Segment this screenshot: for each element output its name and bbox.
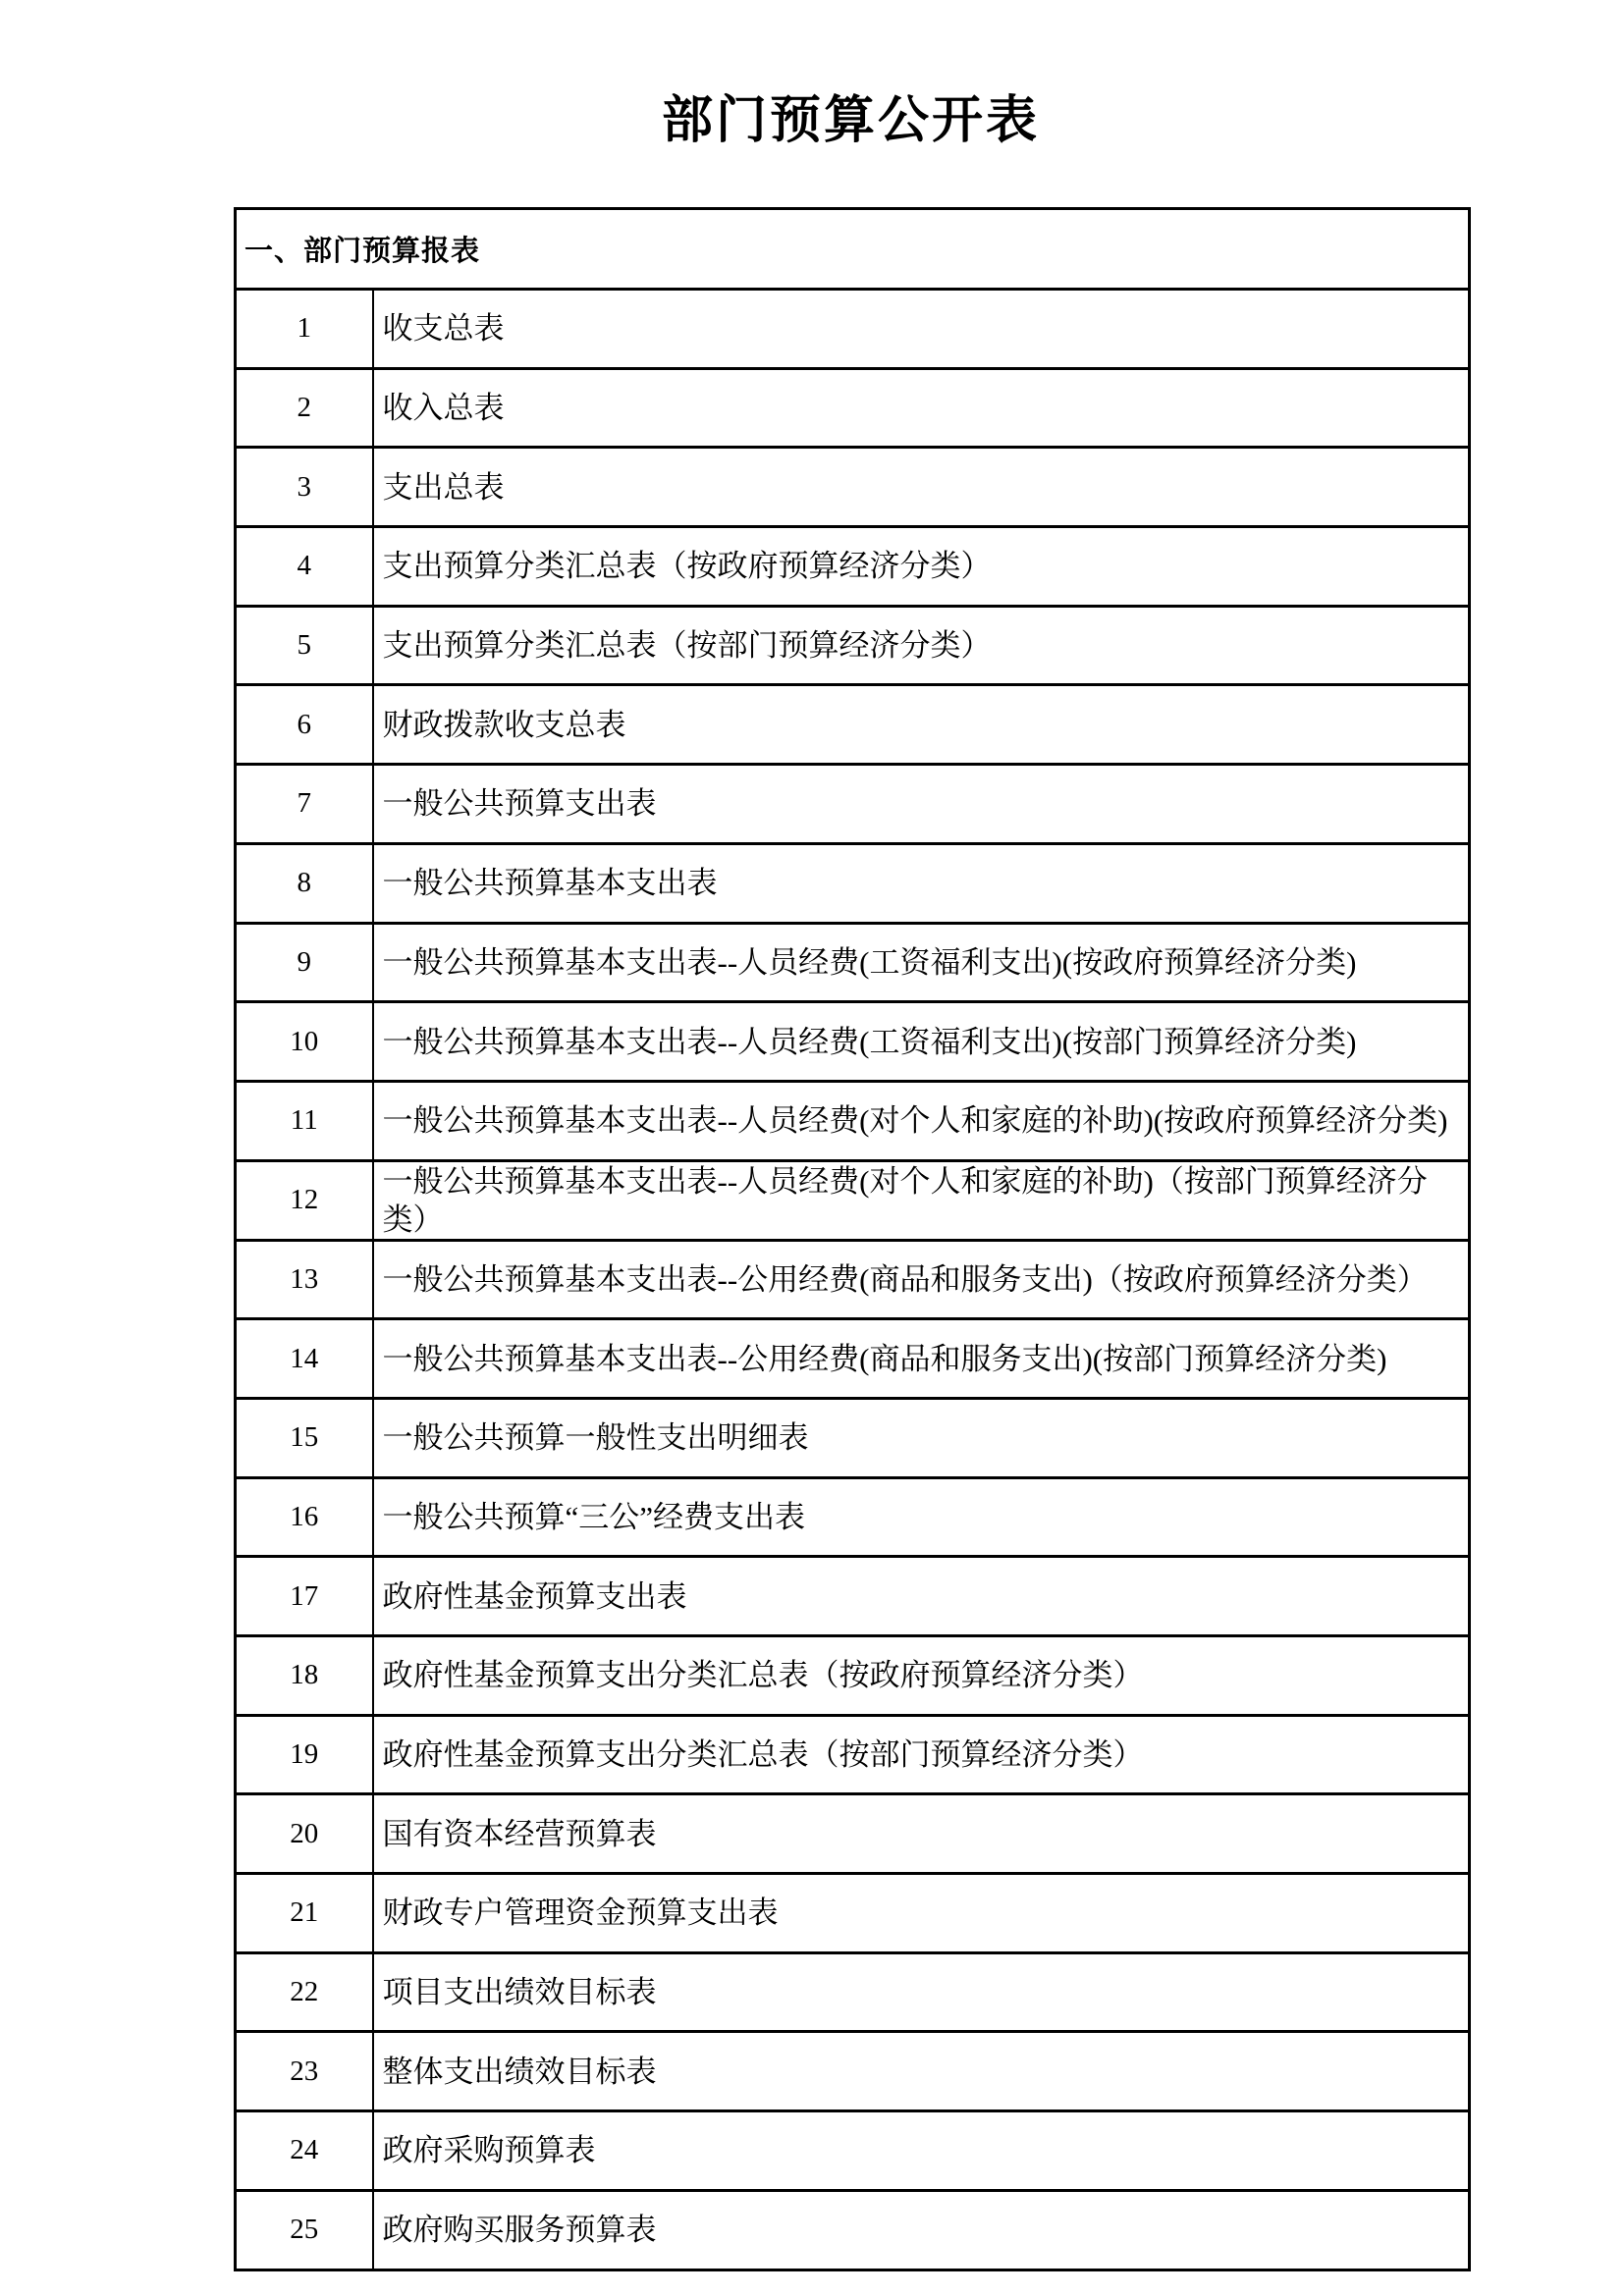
row-title-cell: 支出预算分类汇总表（按政府预算经济分类） [373,527,1470,607]
row-title-cell: 政府购买服务预算表 [373,2190,1470,2269]
table-row: 2 收入总表 [236,368,1470,448]
row-number-cell: 5 [236,606,373,685]
table-row: 18 政府性基金预算支出分类汇总表（按政府预算经济分类） [236,1636,1470,1716]
row-title-cell: 政府采购预算表 [373,2111,1470,2191]
row-title-cell: 支出总表 [373,448,1470,527]
row-title-cell: 一般公共预算基本支出表--人员经费(对个人和家庭的补助)(按政府预算经济分类) [373,1081,1470,1160]
row-title-cell: 财政拨款收支总表 [373,685,1470,765]
table-row: 23 整体支出绩效目标表 [236,2032,1470,2111]
row-title-cell: 一般公共预算“三公”经费支出表 [373,1477,1470,1557]
table-row: 12 一般公共预算基本支出表--人员经费(对个人和家庭的补助)（按部门预算经济分… [236,1160,1470,1240]
row-number-cell: 23 [236,2032,373,2111]
row-number-cell: 4 [236,527,373,607]
row-number-cell: 3 [236,448,373,527]
row-title-cell: 政府性基金预算支出分类汇总表（按部门预算经济分类） [373,1715,1470,1794]
row-number-cell: 25 [236,2190,373,2269]
table-row: 14 一般公共预算基本支出表--公用经费(商品和服务支出)(按部门预算经济分类) [236,1319,1470,1399]
row-number-cell: 21 [236,1874,373,1953]
document-page: { "page": { "title": "部门预算公开表" }, "table… [0,0,1624,2296]
table-row: 6 财政拨款收支总表 [236,685,1470,765]
row-number-cell: 10 [236,1002,373,1082]
table-row: 20 国有资本经营预算表 [236,1794,1470,1874]
table-row: 1 收支总表 [236,290,1470,369]
row-title-cell: 财政专户管理资金预算支出表 [373,1874,1470,1953]
row-title-cell: 一般公共预算基本支出表 [373,843,1470,923]
table-row: 5 支出预算分类汇总表（按部门预算经济分类） [236,606,1470,685]
budget-report-list-table: 一、部门预算报表 1 收支总表 2 收入总表 3 支出总表 4 支出预算分类汇总… [234,207,1471,2271]
table-row: 4 支出预算分类汇总表（按政府预算经济分类） [236,527,1470,607]
section-header-row: 一、部门预算报表 [236,209,1470,290]
row-number-cell: 22 [236,1952,373,2032]
row-number-cell: 24 [236,2111,373,2191]
row-title-cell: 收入总表 [373,368,1470,448]
page-title: 部门预算公开表 [234,91,1468,152]
table-row: 21 财政专户管理资金预算支出表 [236,1874,1470,1953]
row-number-cell: 18 [236,1636,373,1716]
row-title-cell: 一般公共预算一般性支出明细表 [373,1398,1470,1477]
table-row: 8 一般公共预算基本支出表 [236,843,1470,923]
table-body: 1 收支总表 2 收入总表 3 支出总表 4 支出预算分类汇总表（按政府预算经济… [236,290,1470,2270]
row-number-cell: 20 [236,1794,373,1874]
table-row: 11 一般公共预算基本支出表--人员经费(对个人和家庭的补助)(按政府预算经济分… [236,1081,1470,1160]
table-row: 17 政府性基金预算支出表 [236,1557,1470,1636]
row-number-cell: 17 [236,1557,373,1636]
table-row: 16 一般公共预算“三公”经费支出表 [236,1477,1470,1557]
row-number-cell: 9 [236,923,373,1002]
row-number-cell: 6 [236,685,373,765]
table-row: 19 政府性基金预算支出分类汇总表（按部门预算经济分类） [236,1715,1470,1794]
row-number-cell: 15 [236,1398,373,1477]
row-number-cell: 8 [236,843,373,923]
row-number-cell: 14 [236,1319,373,1399]
row-title-cell: 一般公共预算基本支出表--公用经费(商品和服务支出)(按部门预算经济分类) [373,1319,1470,1399]
row-title-cell: 一般公共预算基本支出表--人员经费(对个人和家庭的补助)（按部门预算经济分类） [373,1160,1470,1240]
table-row: 15 一般公共预算一般性支出明细表 [236,1398,1470,1477]
row-title-cell: 一般公共预算基本支出表--公用经费(商品和服务支出)（按政府预算经济分类） [373,1240,1470,1319]
row-title-cell: 政府性基金预算支出分类汇总表（按政府预算经济分类） [373,1636,1470,1716]
row-title-cell: 国有资本经营预算表 [373,1794,1470,1874]
table-row: 24 政府采购预算表 [236,2111,1470,2191]
table-row: 9 一般公共预算基本支出表--人员经费(工资福利支出)(按政府预算经济分类) [236,923,1470,1002]
row-number-cell: 19 [236,1715,373,1794]
row-title-cell: 一般公共预算基本支出表--人员经费(工资福利支出)(按政府预算经济分类) [373,923,1470,1002]
row-title-cell: 政府性基金预算支出表 [373,1557,1470,1636]
section-header: 一、部门预算报表 [236,209,1470,290]
row-number-cell: 13 [236,1240,373,1319]
row-number-cell: 16 [236,1477,373,1557]
row-number-cell: 1 [236,290,373,369]
table-row: 7 一般公共预算支出表 [236,765,1470,844]
row-number-cell: 11 [236,1081,373,1160]
row-number-cell: 2 [236,368,373,448]
row-title-cell: 支出预算分类汇总表（按部门预算经济分类） [373,606,1470,685]
row-title-cell: 一般公共预算支出表 [373,765,1470,844]
row-title-cell: 收支总表 [373,290,1470,369]
table-row: 13 一般公共预算基本支出表--公用经费(商品和服务支出)（按政府预算经济分类） [236,1240,1470,1319]
row-title-cell: 整体支出绩效目标表 [373,2032,1470,2111]
row-number-cell: 12 [236,1160,373,1240]
table-row: 3 支出总表 [236,448,1470,527]
row-title-cell: 项目支出绩效目标表 [373,1952,1470,2032]
table-row: 25 政府购买服务预算表 [236,2190,1470,2269]
table-row: 10 一般公共预算基本支出表--人员经费(工资福利支出)(按部门预算经济分类) [236,1002,1470,1082]
row-title-cell: 一般公共预算基本支出表--人员经费(工资福利支出)(按部门预算经济分类) [373,1002,1470,1082]
row-number-cell: 7 [236,765,373,844]
table-row: 22 项目支出绩效目标表 [236,1952,1470,2032]
